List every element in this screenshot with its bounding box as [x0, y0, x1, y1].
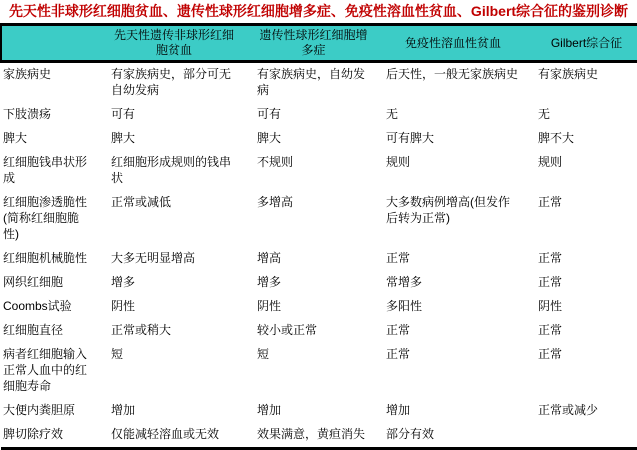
table-cell: 正常 [534, 343, 637, 399]
table-header: 先天性遗传非球形红细胞贫血遗传性球形红细胞增多症免疫性溶血性贫血Gilbert综… [1, 25, 637, 62]
table-cell: 有家族病史 [534, 62, 637, 104]
table-cell: 可有 [253, 103, 382, 127]
table-row: 红细胞直径正常或稍大较小或正常正常正常 [1, 319, 637, 343]
table-cell: 规则 [382, 151, 534, 191]
table-cell: 部分有效 [382, 423, 534, 450]
table-cell: 后天性，一般无家族病史 [382, 62, 534, 104]
table-cell: 病者红细胞输入正常人血中的红细胞寿命 [1, 343, 107, 399]
table-cell: 正常 [382, 247, 534, 271]
header-cell [1, 25, 107, 62]
table-cell: 增多 [107, 271, 253, 295]
table-cell: 有家族病史，部分可无自幼发病 [107, 62, 253, 104]
table-cell: 增高 [253, 247, 382, 271]
table-cell: 无 [382, 103, 534, 127]
table-cell: 正常 [534, 271, 637, 295]
comparison-table: 先天性遗传非球形红细胞贫血遗传性球形红细胞增多症免疫性溶血性贫血Gilbert综… [0, 23, 637, 450]
table-cell: 短 [107, 343, 253, 399]
table-cell: 有家族病史，自幼发病 [253, 62, 382, 104]
table-row: 家族病史有家族病史，部分可无自幼发病有家族病史，自幼发病后天性，一般无家族病史有… [1, 62, 637, 104]
table-cell: 正常 [382, 319, 534, 343]
table-row: Coombs试验阴性阴性多阳性阴性 [1, 295, 637, 319]
table-cell: 网织红细胞 [1, 271, 107, 295]
table-cell: 无 [534, 103, 637, 127]
table-cell: 正常或稍大 [107, 319, 253, 343]
header-row: 先天性遗传非球形红细胞贫血遗传性球形红细胞增多症免疫性溶血性贫血Gilbert综… [1, 25, 637, 62]
table-cell: Coombs试验 [1, 295, 107, 319]
table-cell: 增加 [107, 399, 253, 423]
table-cell: 增加 [382, 399, 534, 423]
page: 先天性非球形红细胞贫血、遗传性球形红细胞增多症、免疫性溶血性贫血、Gilbert… [0, 0, 637, 450]
header-cell: 先天性遗传非球形红细胞贫血 [107, 25, 253, 62]
table-row: 大便内粪胆原增加增加增加正常或减少 [1, 399, 637, 423]
table-cell: 较小或正常 [253, 319, 382, 343]
table-row: 红细胞渗透脆性(简称红细胞脆性)正常或减低多增高大多数病例增高(但发作后转为正常… [1, 191, 637, 247]
table-cell: 下肢溃疡 [1, 103, 107, 127]
table-cell: 大多无明显增高 [107, 247, 253, 271]
table-cell: 不规则 [253, 151, 382, 191]
table-row: 脾切除疗效仅能减轻溶血或无效效果满意，黄疸消失部分有效 [1, 423, 637, 450]
table-cell: 脾大 [253, 127, 382, 151]
table-cell: 红细胞机械脆性 [1, 247, 107, 271]
table-cell: 短 [253, 343, 382, 399]
table-cell: 脾不大 [534, 127, 637, 151]
header-cell: Gilbert综合征 [534, 25, 637, 62]
page-title: 先天性非球形红细胞贫血、遗传性球形红细胞增多症、免疫性溶血性贫血、Gilbert… [0, 0, 637, 23]
table-cell: 仅能减轻溶血或无效 [107, 423, 253, 450]
table-cell: 多阳性 [382, 295, 534, 319]
table-cell: 常增多 [382, 271, 534, 295]
table-cell: 可有脾大 [382, 127, 534, 151]
table-cell: 多增高 [253, 191, 382, 247]
table-row: 红细胞机械脆性大多无明显增高增高正常正常 [1, 247, 637, 271]
table-cell: 阴性 [534, 295, 637, 319]
table-cell: 红细胞钱串状形成 [1, 151, 107, 191]
table-cell: 阴性 [253, 295, 382, 319]
table-cell: 增多 [253, 271, 382, 295]
table-cell: 规则 [534, 151, 637, 191]
table-row: 网织红细胞增多增多常增多正常 [1, 271, 637, 295]
table-cell: 效果满意，黄疸消失 [253, 423, 382, 450]
table-row: 红细胞钱串状形成红细胞形成规则的钱串状不规则规则规则 [1, 151, 637, 191]
table-cell: 大多数病例增高(但发作后转为正常) [382, 191, 534, 247]
table-cell: 大便内粪胆原 [1, 399, 107, 423]
table-cell: 阴性 [107, 295, 253, 319]
table-body: 家族病史有家族病史，部分可无自幼发病有家族病史，自幼发病后天性，一般无家族病史有… [1, 62, 637, 450]
table-cell: 增加 [253, 399, 382, 423]
table-cell: 脾大 [1, 127, 107, 151]
table-row: 病者红细胞输入正常人血中的红细胞寿命短短正常正常 [1, 343, 637, 399]
table-row: 脾大脾大脾大可有脾大脾不大 [1, 127, 637, 151]
table-row: 下肢溃疡可有可有无无 [1, 103, 637, 127]
table-cell: 正常 [534, 247, 637, 271]
table-cell: 脾大 [107, 127, 253, 151]
table-cell: 正常 [534, 319, 637, 343]
header-cell: 免疫性溶血性贫血 [382, 25, 534, 62]
table-cell: 红细胞直径 [1, 319, 107, 343]
table-cell: 家族病史 [1, 62, 107, 104]
table-cell [534, 423, 637, 450]
table-cell: 正常 [534, 191, 637, 247]
header-cell: 遗传性球形红细胞增多症 [253, 25, 382, 62]
table-cell: 正常 [382, 343, 534, 399]
table-cell: 正常或减低 [107, 191, 253, 247]
table-cell: 红细胞形成规则的钱串状 [107, 151, 253, 191]
table-cell: 脾切除疗效 [1, 423, 107, 450]
table-cell: 正常或减少 [534, 399, 637, 423]
table-cell: 可有 [107, 103, 253, 127]
table-cell: 红细胞渗透脆性(简称红细胞脆性) [1, 191, 107, 247]
